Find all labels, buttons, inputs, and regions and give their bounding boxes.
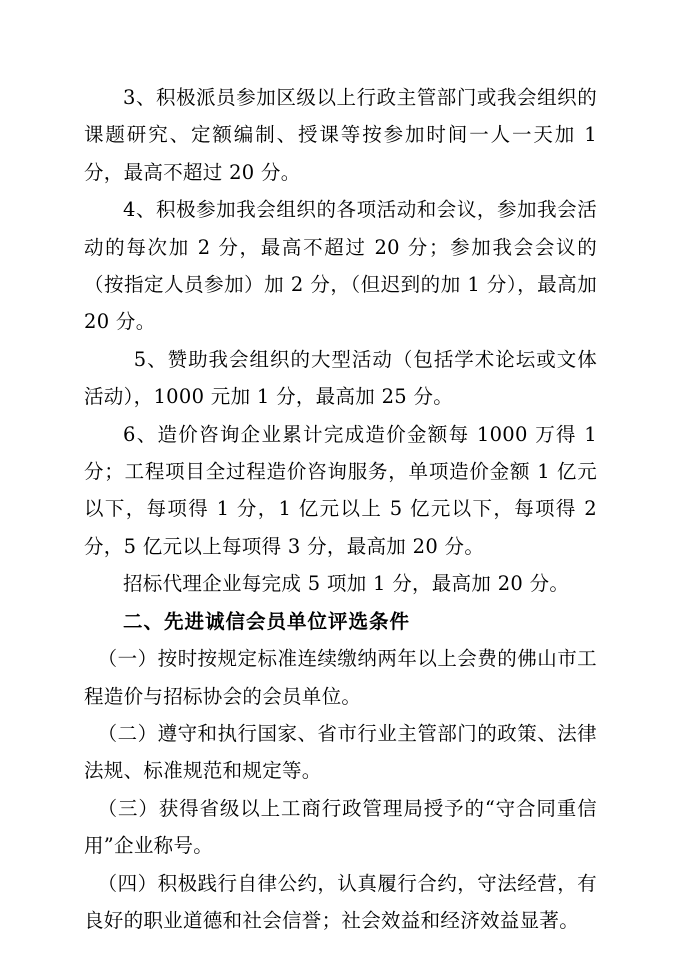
para-item-6: 6、造价咨询企业累计完成造价金额每 1000 万得 1 分；工程项目全过程造价咨… <box>84 416 597 566</box>
para-criterion-1: （一）按时按规定标准连续缴纳两年以上会费的佛山市工程造价与招标协会的会员单位。 <box>84 640 597 715</box>
para-item-5: 5、赞助我会组织的大型活动（包括学术论坛或文体活动），1000 元加 1 分，最… <box>84 341 597 416</box>
document-page: 3、积极派员参加区级以上行政主管部门或我会组织的课题研究、定额编制、授课等按参加… <box>0 0 680 968</box>
section-heading-criteria: 二、先进诚信会员单位评选条件 <box>84 603 597 640</box>
para-bidding-agency: 招标代理企业每完成 5 项加 1 分，最高加 20 分。 <box>84 565 597 602</box>
para-criterion-3: （三）获得省级以上工商行政管理局授予的“守合同重信用”企业称号。 <box>84 790 597 865</box>
para-criterion-2: （二）遵守和执行国家、省市行业主管部门的政策、法律法规、标准规范和规定等。 <box>84 715 597 790</box>
para-item-3: 3、积极派员参加区级以上行政主管部门或我会组织的课题研究、定额编制、授课等按参加… <box>84 79 597 191</box>
para-criterion-4: （四）积极践行自律公约，认真履行合约，守法经营，有良好的职业道德和社会信誉；社会… <box>84 865 597 940</box>
para-item-4: 4、积极参加我会组织的各项活动和会议，参加我会活动的每次加 2 分，最高不超过 … <box>84 191 597 341</box>
